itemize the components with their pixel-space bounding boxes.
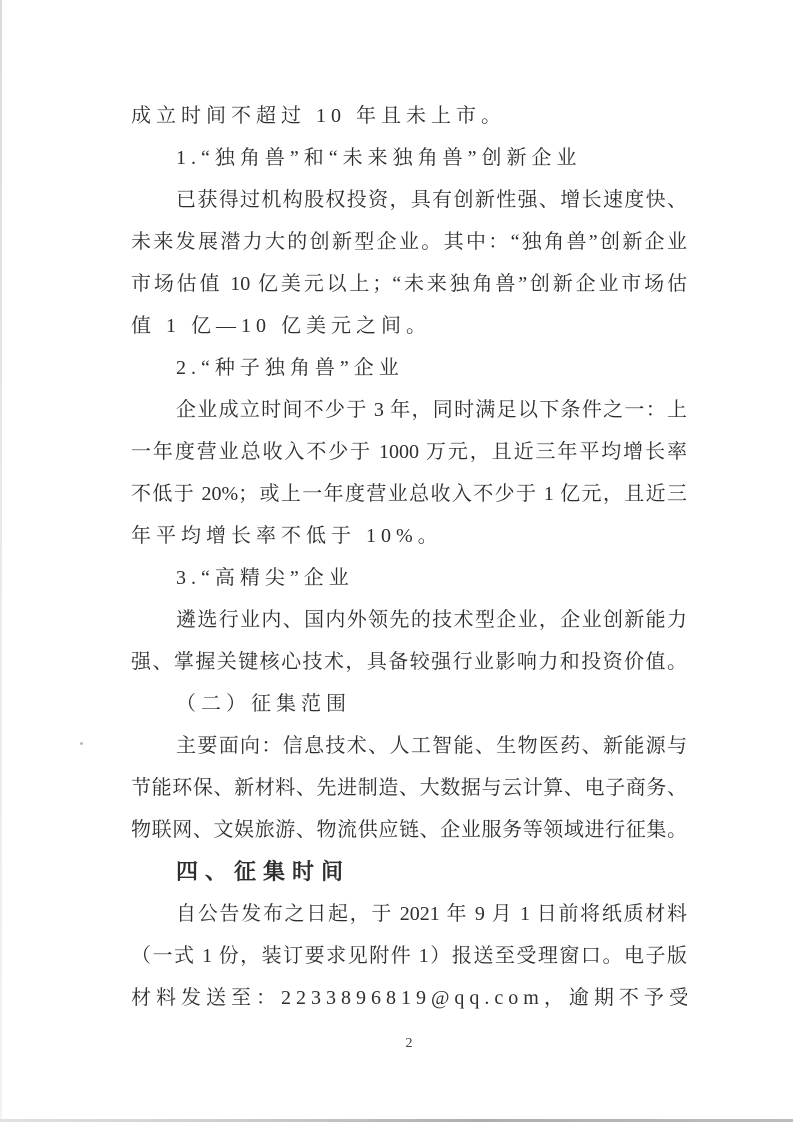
subsection-heading-scope: （二）征集范围 — [131, 683, 687, 725]
body-text-line: 主要面向：信息技术、人工智能、生物医药、新能源与 — [131, 725, 687, 767]
item-2-heading: 2.“种子独角兽”企业 — [131, 347, 687, 389]
body-text-line: 成立时间不超过 10 年且未上市。 — [131, 95, 687, 137]
body-text-line: 材料发送至：2233896819@qq.com，逾期不予受理。 — [131, 977, 687, 1019]
page-number: 2 — [131, 1036, 687, 1052]
body-text-line: 强、掌握关键核心技术，具备较强行业影响力和投资价值。 — [131, 641, 687, 683]
body-text-line: 已获得过机构股权投资，具有创新性强、增长速度快、 — [131, 179, 687, 221]
body-text-line: 不低于 20%；或上一年度营业总收入不少于 1 亿元，且近三 — [131, 473, 687, 515]
body-text-line: 一年度营业总收入不少于 1000 万元，且近三年平均增长率 — [131, 431, 687, 473]
body-text-line: 节能环保、新材料、先进制造、大数据与云计算、电子商务、 — [131, 767, 687, 809]
scan-artifact-speck — [80, 742, 83, 745]
body-text-line: 企业成立时间不少于 3 年，同时满足以下条件之一：上 — [131, 389, 687, 431]
document-body: 成立时间不超过 10 年且未上市。 1.“独角兽”和“未来独角兽”创新企业 已获… — [131, 95, 687, 1019]
scan-artifact-left-edge — [0, 0, 2, 1122]
body-text-line: 物联网、文娱旅游、物流供应链、企业服务等领域进行征集。 — [131, 809, 687, 851]
body-text-line: 自公告发布之日起，于 2021 年 9 月 1 日前将纸质材料 — [131, 893, 687, 935]
body-text-line: 未来发展潜力大的创新型企业。其中：“独角兽”创新企业 — [131, 221, 687, 263]
body-text-line: 值 1 亿—10 亿美元之间。 — [131, 305, 687, 347]
item-3-heading: 3.“高精尖”企业 — [131, 557, 687, 599]
item-1-heading: 1.“独角兽”和“未来独角兽”创新企业 — [131, 137, 687, 179]
body-text-line: 遴选行业内、国内外领先的技术型企业，企业创新能力 — [131, 599, 687, 641]
body-text-line: 市场估值 10 亿美元以上；“未来独角兽”创新企业市场估 — [131, 263, 687, 305]
body-text-line: （一式 1 份，装订要求见附件 1）报送至受理窗口。电子版 — [131, 935, 687, 977]
document-page: 成立时间不超过 10 年且未上市。 1.“独角兽”和“未来独角兽”创新企业 已获… — [0, 0, 793, 1122]
body-text-line: 年平均增长率不低于 10%。 — [131, 515, 687, 557]
section-heading-time: 四、征集时间 — [131, 851, 687, 893]
